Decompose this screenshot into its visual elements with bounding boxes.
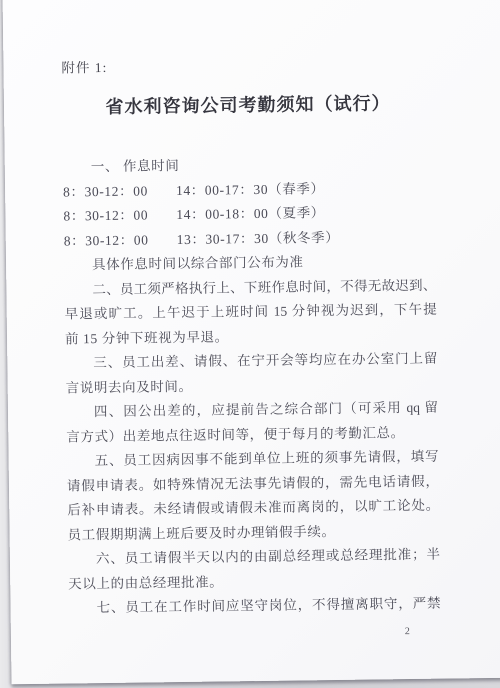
document-paper: 附件 1: 省水利咨询公司考勤须知（试行） 一、 作息时间 8：30-12：00… xyxy=(2,0,500,684)
page-number: 2 xyxy=(405,626,410,637)
attachment-label: 附件 1: xyxy=(61,54,433,78)
document-title: 省水利咨询公司考勤须知（试行） xyxy=(62,91,434,121)
doc-line: 后补申请表。未经请假或请假未准而离岗的，以旷工论处。 xyxy=(67,494,439,523)
scanned-page-stage: 附件 1: 省水利咨询公司考勤须知（试行） 一、 作息时间 8：30-12：00… xyxy=(0,0,500,688)
doc-line: 七、员工在工作时间应坚守岗位，不得擅离职守，严禁 xyxy=(68,592,440,621)
document-body: 一、 作息时间 8：30-12：00 14：00-17：30（春季） 8：30-… xyxy=(63,151,441,621)
document-content: 附件 1: 省水利咨询公司考勤须知（试行） 一、 作息时间 8：30-12：00… xyxy=(61,54,440,621)
doc-line: 三、员工出差、请假、在宁开会等均应在办公室门上留 xyxy=(65,347,437,376)
doc-line: 早退或旷工。上午迟于上班时间 15 分钟视为迟到，下午提 xyxy=(65,298,437,327)
doc-line: 六、员工请假半天以内的由副总经理或总经理批准；半 xyxy=(68,543,440,572)
